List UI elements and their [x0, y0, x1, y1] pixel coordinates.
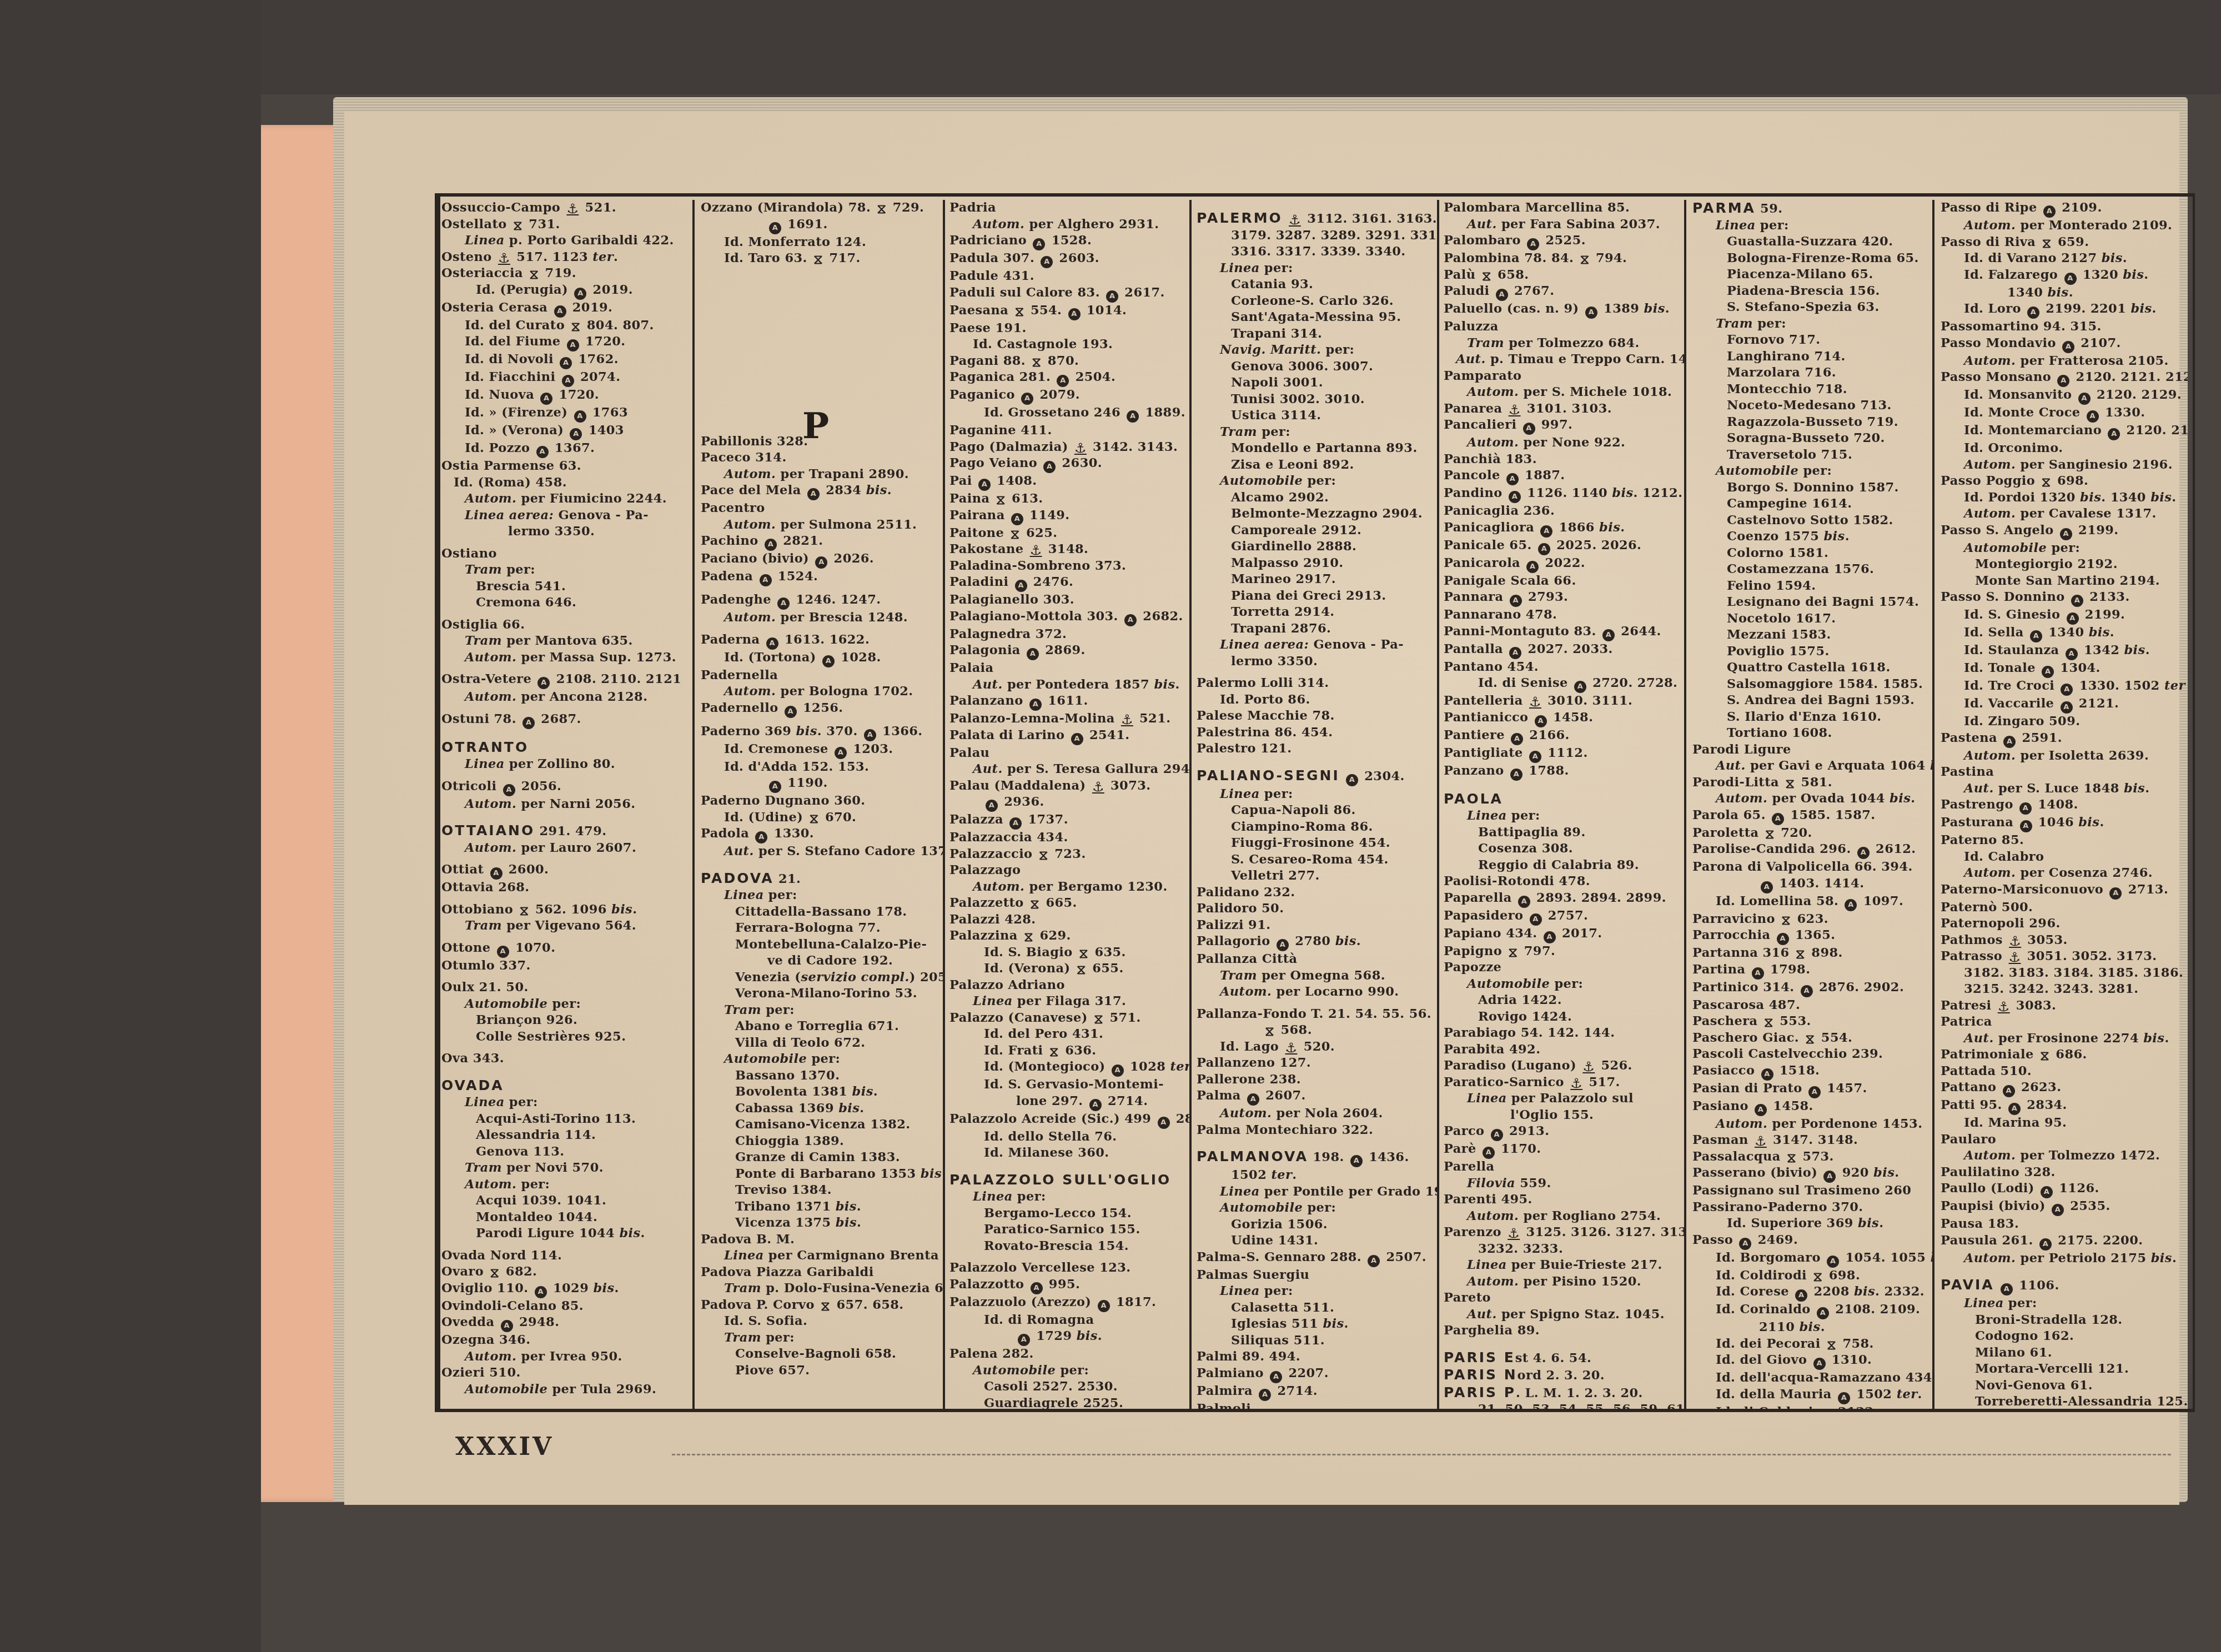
index-entry: Palazzetto ⧖ 665. [949, 895, 1189, 912]
index-entry: Id. del Curato ⧖ 804. 807. [441, 318, 692, 334]
index-entry: Pannara A 2793. [1444, 589, 1684, 607]
index-entry: Pairana A 1149. [949, 508, 1189, 525]
index-entry: Id. Monsanvito A 2120. 2129. [1941, 387, 2188, 405]
automobile-icon: A [2042, 666, 2054, 678]
index-entry: Palazzina ⧖ 629. [949, 928, 1189, 945]
automobile-icon: A [1602, 629, 1615, 641]
index-entry: Marineo 2917. [1197, 571, 1437, 588]
index-entry: Palma A 2607. [1197, 1088, 1437, 1106]
index-entry: Ozzano (Mirandola) 78. ⧖ 729. [701, 200, 943, 217]
index-entry: Pancalieri A 997. [1444, 417, 1684, 435]
index-entry: Paullo (Lodi) A 1126. [1941, 1181, 2188, 1198]
index-entry: Castelnovo Sotto 1582. [1692, 513, 1932, 529]
index-entry: Tram per: [1692, 316, 1932, 333]
index-entry: Paese 191. [949, 320, 1189, 337]
index-entry: Treviso 1384. [701, 1182, 943, 1199]
index-entry: Battipaglia 89. [1444, 825, 1684, 841]
index-entry: Palazzolo Vercellese 123. [949, 1260, 1189, 1277]
automobile-icon: A [1535, 715, 1547, 727]
index-entry: Mondello e Partanna 893. [1197, 440, 1437, 457]
index-heading: PALERMO ⚓ 3112. 3161. 3163. [1197, 210, 1437, 228]
index-entry: Autom. per Nola 2604. [1197, 1106, 1437, 1122]
index-entry: Pallanza Città [1197, 951, 1437, 968]
index-entry: Padova P. Corvo ⧖ 657. 658. [701, 1297, 943, 1314]
index-entry: Id. Corese A 2208 bis. 2332. [1692, 1284, 1932, 1302]
index-entry: Pamparato [1444, 368, 1684, 385]
index-entry: Ponte di Barbarano 1353 bis [701, 1166, 943, 1183]
index-entry: Tortiano 1608. [1692, 725, 1932, 742]
index-entry: Linea per: [1692, 218, 1932, 234]
index-entry: Autom. per Ovada 1044 bis. [1692, 791, 1932, 807]
index-heading: PALMANOVA 198. A 1436. [1197, 1148, 1437, 1167]
automobile-icon: A [785, 706, 797, 718]
index-entry: Alcamo 2902. [1197, 490, 1437, 506]
index-entry: Aut. p. Timau e Treppo Carn. 1468 [1444, 352, 1684, 368]
index-entry: Campegine 1614. [1692, 496, 1932, 513]
index-column-4: PALERMO ⚓ 3112. 3161. 3163.3179. 3287. 3… [1197, 200, 1439, 1410]
index-entry: Ottavia 268. [441, 880, 692, 896]
tram-bell-icon: ⧖ [1805, 1033, 1815, 1045]
automobile-icon: A [2066, 648, 2078, 660]
automobile-icon: A [1491, 1129, 1503, 1141]
automobile-icon: A [1752, 967, 1764, 980]
index-entry: Felino 1594. [1692, 578, 1932, 595]
index-entry: Genova 113. [441, 1144, 692, 1161]
index-entry: Pascarosa 487. [1692, 997, 1932, 1014]
index-entry: Paolisi-Rotondi 478. [1444, 873, 1684, 890]
index-entry: Passalacqua ⧖ 573. [1692, 1149, 1932, 1166]
index-entry: Aut. per Gavi e Arquata 1064 bis [1692, 758, 1932, 775]
index-entry: Acqui-Asti-Torino 113. [441, 1111, 692, 1128]
automobile-icon: A [2039, 1238, 2052, 1251]
index-entry: Malpasso 2910. [1197, 555, 1437, 572]
index-entry: Id. Pordoi 1320 bis. 1340 bis. [1941, 490, 2188, 506]
index-entry: Autom. per Monterado 2109. [1941, 218, 2188, 234]
index-entry: Pandino A 1126. 1140 bis. 1212. [1444, 485, 1684, 503]
index-entry: Autom. per: [441, 1177, 692, 1193]
automobile-icon: A [1112, 1064, 1124, 1077]
index-entry: Rovato-Brescia 154. [949, 1238, 1189, 1255]
ship-icon: ⚓ [1074, 443, 1087, 454]
index-entry: Pausula 261. A 2175. 2200. [1941, 1233, 2188, 1251]
index-entry: Id. Superiore 369 bis. [1692, 1216, 1932, 1232]
index-entry: lermo 3350. [441, 524, 692, 540]
index-entry: Bassano 1370. [701, 1068, 943, 1084]
index-entry: Paradiso (Lugano) ⚓ 526. [1444, 1058, 1684, 1074]
index-entry: Torretta 2914. [1197, 604, 1437, 621]
index-entry: Palagnedra 372. [949, 626, 1189, 643]
automobile-icon: A [807, 488, 820, 500]
automobile-icon: A [1021, 393, 1033, 405]
index-entry: Ostiglia 66. [441, 617, 692, 634]
tram-bell-icon: ⧖ [877, 203, 886, 214]
index-entry: S. Stefano-Spezia 63. [1692, 299, 1932, 316]
ship-icon: ⚓ [1289, 214, 1301, 225]
index-heading: PARIS P. L. M. 1. 2. 3. 20. [1444, 1384, 1684, 1402]
index-entry: Palata di Larino A 2541. [949, 727, 1189, 745]
index-entry: Piacenza-Milano 65. [1692, 267, 1932, 283]
index-entry: 3232. 3233. [1444, 1241, 1684, 1258]
index-entry: Autom. per Sanginesio 2196. [1941, 457, 2188, 474]
ship-icon: ⚓ [1570, 1078, 1582, 1089]
tram-bell-icon: ⧖ [1508, 947, 1517, 958]
index-entry: Id. Calabro [1941, 849, 2188, 866]
tram-bell-icon: ⧖ [1049, 1046, 1059, 1057]
index-entry: Passo di Ripe A 2109. [1941, 200, 2188, 218]
index-entry: Automobile per: [1197, 1200, 1437, 1217]
index-heading: OTRANTO [441, 739, 692, 757]
automobile-icon: A [978, 479, 991, 491]
index-entry: Aut. per Pontedera 1857 bis. [949, 677, 1189, 694]
index-entry: Ferrara-Bologna 77. [701, 920, 943, 937]
tram-bell-icon: ⧖ [2040, 1050, 2049, 1061]
index-entry: Adria 1422. [1444, 992, 1684, 1009]
automobile-icon: A [1772, 813, 1784, 825]
index-entry: Palombina 78. 84. ⧖ 794. [1444, 250, 1684, 267]
index-entry: Ragazzola-Busseto 719. [1692, 414, 1932, 431]
automobile-icon: A [1777, 933, 1789, 945]
index-entry: Navig. Maritt. per: [1197, 342, 1437, 359]
index-entry: Id. Coldirodi ⧖ 698. [1692, 1268, 1932, 1284]
index-entry: Autom. per Narni 2056. [441, 796, 692, 813]
index-entry: Id. S. Ginesio A 2199. [1941, 607, 2188, 625]
ship-icon: ⚓ [1529, 696, 1541, 707]
tram-bell-icon: ⧖ [1580, 254, 1589, 265]
automobile-icon: A [560, 357, 572, 369]
index-entry: ⧖ 568. [1197, 1022, 1437, 1039]
index-entry: Id. (Tortona) A 1028. [701, 650, 943, 667]
index-entry: Passo Poggio ⧖ 698. [1941, 473, 2188, 490]
automobile-icon: A [1510, 595, 1522, 607]
automobile-icon: A [2020, 820, 2032, 832]
index-entry: Palazzi 428. [949, 912, 1189, 928]
index-entry: Paterno-Marsiconuovo A 2713. [1941, 882, 2188, 900]
index-entry: Padenghe A 1246. 1247. [701, 592, 943, 610]
index-entry: Padova Piazza Garibaldi [701, 1264, 943, 1281]
index-entry: Palombaro A 2525. [1444, 233, 1684, 250]
section-letter: P [802, 405, 829, 447]
tram-bell-icon: ⧖ [1781, 915, 1791, 926]
index-entry: Milano 61. [1941, 1345, 2188, 1362]
index-entry: Id. Lomellina 58. A 1097. [1692, 893, 1932, 911]
index-entry: Pathmos ⚓ 3053. [1941, 932, 2188, 949]
tram-bell-icon: ⧖ [813, 254, 823, 265]
index-entry: Piana dei Greci 2913. [1197, 588, 1437, 605]
index-entry: Paulilatino 328. [1941, 1164, 2188, 1181]
tram-bell-icon: ⧖ [2042, 238, 2052, 249]
index-entry: Pagani 88. ⧖ 870. [949, 353, 1189, 370]
index-entry: Id. Lago ⚓ 520. [1197, 1039, 1437, 1056]
automobile-icon: A [1529, 751, 1541, 763]
index-entry: Villa di Teolo 672. [701, 1035, 943, 1052]
automobile-icon: A [1527, 238, 1539, 250]
index-entry: Costamezzana 1576. [1692, 561, 1932, 578]
index-entry: Cremona 646. [441, 595, 692, 611]
index-entry: Panzano A 1788. [1444, 763, 1684, 781]
automobile-icon: A [777, 597, 790, 610]
index-entry: Palmas Suergiu [1197, 1267, 1437, 1284]
ship-icon: ⚓ [1121, 714, 1133, 725]
index-entry: Paderno Dugnano 360. [701, 793, 943, 810]
index-heading: PADOVA 21. [701, 870, 943, 888]
page-number: XXXIV [455, 1433, 554, 1461]
automobile-icon: A [2027, 307, 2039, 319]
index-entry: Automobile per: [1692, 463, 1932, 480]
index-entry: Id. della Mauria A 1502 ter. [1692, 1387, 1932, 1404]
index-entry: Id. del Giovo A 1310. [1692, 1352, 1932, 1370]
index-entry: Cosenza 308. [1444, 841, 1684, 857]
index-entry: Padernello A 1256. [701, 700, 943, 718]
index-entry: A 1691. [701, 217, 943, 234]
index-entry: Paschero Giac. ⧖ 554. [1692, 1030, 1932, 1047]
index-entry: Tram per: [441, 562, 692, 579]
index-entry: Palagianello 303. [949, 592, 1189, 609]
index-entry: lone 297. A 2714. [949, 1093, 1189, 1111]
index-entry: Linea per: [1197, 1283, 1437, 1300]
automobile-icon: A [2052, 1204, 2064, 1216]
index-entry: Ova 343. [441, 1051, 692, 1067]
index-entry: Pacentro [701, 500, 943, 517]
automobile-icon: A [1761, 1068, 1773, 1081]
tram-bell-icon: ⧖ [2041, 476, 2051, 488]
index-heading: PARIS Nord 2. 3. 20. [1444, 1367, 1684, 1384]
index-entry: Palazzo Adriano [949, 977, 1189, 994]
automobile-icon: A [1346, 774, 1358, 786]
index-entry: Ovindoli-Celano 85. [441, 1298, 692, 1315]
index-entry: Id. Tre Croci A 1330. 1502 ter [1941, 678, 2188, 696]
index-entry: Siliquas 511. [1197, 1333, 1437, 1349]
index-heading: PARMA 59. [1692, 200, 1932, 218]
tram-bell-icon: ⧖ [1024, 931, 1033, 942]
background-top [0, 0, 2221, 94]
index-entry: Papasidero A 2757. [1444, 908, 1684, 926]
index-entry: Montaldeo 1044. [441, 1209, 692, 1226]
index-entry: Panicagliora A 1866 bis. [1444, 520, 1684, 538]
automobile-icon: A [1540, 525, 1552, 538]
index-entry: Ottobiano ⧖ 562. 1096 bis. [441, 902, 692, 918]
automobile-icon: A [1089, 1099, 1102, 1111]
tram-bell-icon: ⧖ [1094, 1013, 1103, 1025]
ship-icon: ⚓ [1030, 545, 1042, 556]
index-entry: Camisano-Vicenza 1382. [701, 1117, 943, 1133]
index-entry: Autom. per Pisino 1520. [1444, 1274, 1684, 1291]
index-entry: Oviglio 110. A 1029 bis. [441, 1281, 692, 1298]
index-entry: Tram per: [701, 1002, 943, 1019]
ship-icon: ⚓ [1582, 1061, 1595, 1072]
index-entry: Patresi ⚓ 3083. [1941, 998, 2188, 1015]
index-entry: Palma Montechiaro 322. [1197, 1122, 1437, 1139]
tram-bell-icon: ⧖ [821, 1300, 830, 1312]
index-entry: Linea per: [1444, 808, 1684, 825]
index-entry: Automobile per: [701, 1051, 943, 1068]
automobile-icon: A [2064, 273, 2077, 285]
automobile-icon: A [1761, 881, 1773, 893]
index-entry: Palombara Marcellina 85. [1444, 200, 1684, 217]
index-entry: Pantiere A 2166. [1444, 727, 1684, 745]
index-entry: Id. del Fiume A 1720. [441, 334, 692, 352]
automobile-icon: A [766, 637, 778, 650]
index-entry: 1340 bis. [1941, 285, 2188, 302]
index-entry: Paceco 314. [701, 450, 943, 466]
index-entry: 3215. 3242. 3243. 3281. [1941, 981, 2188, 998]
index-entry: Linea per Zollino 80. [441, 756, 692, 773]
index-heading: PALIANO-SEGNI A 2304. [1197, 767, 1437, 786]
index-entry: Colorno 1581. [1692, 545, 1932, 562]
automobile-icon: A [1124, 614, 1137, 626]
index-entry: Passerano (bivio) A 920 bis. [1692, 1165, 1932, 1183]
index-entry: Id. dell'acqua-Ramazzano 434 [1692, 1370, 1932, 1387]
index-heading: OTTAIANO 291. 479. [441, 822, 692, 840]
index-entry: Linea per: [1197, 786, 1437, 803]
index-entry: Pannarano 478. [1444, 607, 1684, 624]
tram-bell-icon: ⧖ [513, 220, 522, 231]
index-entry: Ozieri 510. [441, 1365, 692, 1382]
ship-icon: ⚓ [1285, 1042, 1298, 1053]
automobile-icon: A [536, 446, 549, 458]
index-entry: Acqui 1039. 1041. [441, 1193, 692, 1209]
index-entry: Id. Cremonese A 1203. [701, 741, 943, 759]
index-entry: Id. del Pero 431. [949, 1026, 1189, 1043]
index-entry: Palau [949, 745, 1189, 762]
index-heading: PARIS Est 4. 6. 54. [1444, 1349, 1684, 1367]
index-entry: Pachino A 2821. [701, 533, 943, 551]
index-entry: Padria [949, 200, 1189, 217]
tram-bell-icon: ⧖ [1032, 356, 1041, 368]
index-entry: Id. Loro A 2199. 2201 bis. [1941, 301, 2188, 319]
index-entry: Id. Orconimo. [1941, 440, 2188, 457]
index-entry: Lesignano dei Bagni 1574. [1692, 594, 1932, 611]
index-entry: Id. Monte Croce A 1330. [1941, 405, 2188, 423]
index-entry: Parenti 495. [1444, 1192, 1684, 1208]
index-entry: Passo di Riva ⧖ 659. [1941, 234, 2188, 251]
index-entry: Id. Frati ⧖ 636. [949, 1043, 1189, 1060]
index-entry: Novi-Genova 61. [1941, 1378, 2188, 1394]
index-entry: Id. Milanese 360. [949, 1145, 1189, 1162]
automobile-icon: A [2109, 887, 2122, 900]
index-entry: 21. 50. 53. 54. 55. 56. 59. 61 [1444, 1402, 1684, 1410]
index-entry: Id. Pozzo A 1367. [441, 440, 692, 458]
index-column-5: Palombara Marcellina 85.Aut. per Fara Sa… [1444, 200, 1686, 1410]
index-entry: Id. Montemarciano A 2120. 2129 [1941, 423, 2188, 440]
index-entry: Passo Mondavio A 2107. [1941, 335, 2188, 353]
index-column-2: Ozzano (Mirandola) 78. ⧖ 729.A 1691.Id. … [701, 200, 945, 1410]
index-entry: Trapani 314. [1197, 326, 1437, 343]
automobile-icon: A [986, 800, 998, 812]
index-entry: Tram per: [1941, 1410, 2188, 1411]
index-entry: Panni-Montaguto 83. A 2644. [1444, 624, 1684, 641]
ship-icon: ⚓ [1509, 404, 1521, 415]
index-entry: Tram per Tolmezzo 684. [1444, 335, 1684, 352]
index-entry: Ottiat A 2600. [441, 862, 692, 880]
index-entry: Palazzolo Acreide (Sic.) 499 A 2832 [949, 1111, 1189, 1129]
index-entry: Pallerone 238. [1197, 1072, 1437, 1088]
index-entry: Autom. per Pordenone 1453. [1692, 1116, 1932, 1133]
index-entry: Tram per Novi 570. [441, 1160, 692, 1177]
automobile-icon: A [554, 305, 566, 318]
tram-bell-icon: ⧖ [1827, 1339, 1836, 1350]
index-entry: Automobile per: [949, 1363, 1189, 1379]
index-entry: Padriciano A 1528. [949, 233, 1189, 250]
index-entry: Quattro Castella 1618. [1692, 660, 1932, 676]
index-entry: Genova 3006. 3007. [1197, 359, 1437, 375]
index-entry: Panicale 65. A 2025. 2026. [1444, 538, 1684, 555]
index-entry: Pastina [1941, 764, 2188, 781]
index-entry: Partina A 1798. [1692, 962, 1932, 980]
index-entry: Zisa e Leoni 892. [1197, 457, 1437, 474]
background-left [0, 0, 261, 1652]
index-entry: Aut. per Frosinone 2274 bis. [1941, 1031, 2188, 1047]
index-entry: Pago Veiano A 2630. [949, 455, 1189, 473]
index-entry: Id. S. Gervasio-Montemi- [949, 1077, 1189, 1093]
automobile-icon: A [1509, 647, 1521, 659]
index-entry: Bergamo-Lecco 154. [949, 1206, 1189, 1222]
automobile-icon: A [574, 410, 586, 423]
index-entry: Linea per Pontile per Grado 199. [1197, 1184, 1437, 1201]
tram-bell-icon: ⧖ [1039, 850, 1048, 861]
automobile-icon: A [503, 784, 515, 796]
index-entry: Linea p. Porto Garibaldi 422. [441, 233, 692, 249]
automobile-icon: A [755, 831, 767, 843]
index-entry: Autom. per Bergamo 1230. [949, 879, 1189, 896]
ship-icon: ⚓ [1092, 781, 1104, 792]
index-entry: lermo 3350. [1197, 654, 1437, 670]
automobile-icon: A [535, 1286, 547, 1298]
index-entry: Automobile per: [1444, 976, 1684, 993]
automobile-icon: A [835, 747, 847, 759]
index-entry: Linea per: [949, 1189, 1189, 1206]
index-entry: Napoli 3001. [1197, 375, 1437, 391]
index-entry: Coenzo 1575 bis. [1692, 529, 1932, 545]
index-entry: Paladini A 2476. [949, 574, 1189, 592]
automobile-icon: A [2061, 684, 2073, 696]
index-entry: Paternopoli 296. [1941, 916, 2188, 932]
automobile-icon: A [1068, 308, 1081, 320]
index-entry: Padule 431. [949, 268, 1189, 285]
index-entry: Reggio di Calabria 89. [1444, 857, 1684, 874]
automobile-icon: A [1277, 939, 1289, 951]
index-entry: Broni-Stradella 128. [1941, 1312, 2188, 1329]
automobile-icon: A [2008, 1103, 2021, 1115]
index-entry: Papigno ⧖ 797. [1444, 943, 1684, 960]
index-entry: Pasiano A 1458. [1692, 1098, 1932, 1116]
index-entry: Linea per Filaga 317. [949, 993, 1189, 1010]
index-entry: Conselve-Bagnoli 658. [701, 1346, 943, 1363]
index-entry: Parella [1444, 1159, 1684, 1176]
automobile-icon: A [2041, 1186, 2053, 1198]
index-entry: Autom. per Cosenza 2746. [1941, 865, 2188, 882]
index-entry: Paderno 369 bis. 370. A 1366. [701, 724, 943, 741]
automobile-icon: A [1518, 896, 1530, 908]
index-entry: Vicenza 1375 bis. [701, 1215, 943, 1232]
index-entry: Id. Marina 95. [1941, 1115, 2188, 1132]
index-entry: Pakostane ⚓ 3148. [949, 541, 1189, 558]
tram-bell-icon: ⧖ [1482, 270, 1491, 282]
index-entry: Passignano sul Trasimeno 260 [1692, 1183, 1932, 1199]
index-entry: Autom. per Fratterosa 2105. [1941, 353, 2188, 370]
automobile-icon: A [1755, 1104, 1767, 1116]
index-entry: Parrocchia A 1365. [1692, 927, 1932, 945]
index-entry: Paduli sul Calore 83. A 2617. [949, 285, 1189, 303]
index-entry: Pasman ⚓ 3147. 3148. [1692, 1132, 1932, 1149]
index-entry: Id. dei Pecorai ⧖ 758. [1692, 1336, 1932, 1353]
index-entry: Linea per: [701, 887, 943, 904]
automobile-icon: A [822, 655, 835, 667]
index-entry: Belmonte-Mezzagno 2904. [1197, 506, 1437, 523]
index-entry: Padova B. M. [701, 1232, 943, 1248]
automobile-icon: A [1368, 1255, 1380, 1267]
automobile-icon: A [2043, 205, 2056, 218]
index-entry: Passo Monsano A 2120. 2121. 2129 [1941, 369, 2188, 387]
